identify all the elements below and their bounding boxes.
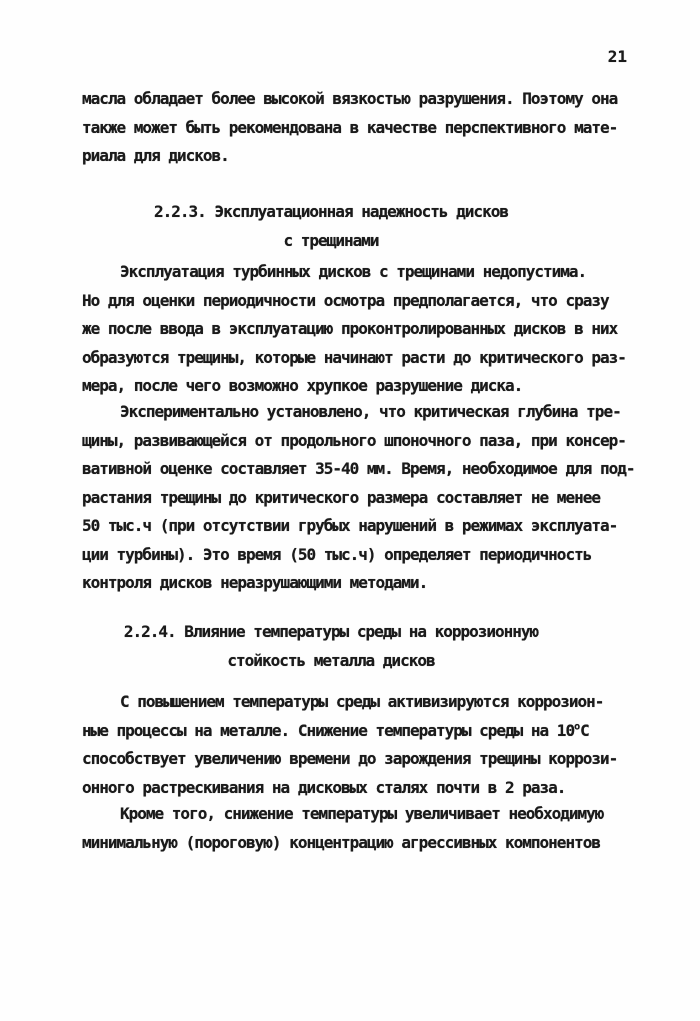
section-heading: 2.2.4. Влияние температуры среды на корр… (82, 618, 628, 675)
text-line: вативной оценке составляет 35-40 мм. Вре… (82, 455, 628, 484)
text-line: щины, развивающейся от продольного шпоно… (82, 427, 628, 456)
text-line: 2.2.4. Влияние температуры среды на корр… (82, 618, 628, 647)
text-line: масла обладает более высокой вязкостью р… (82, 85, 628, 114)
paragraph: С повышением температуры среды активизир… (82, 688, 628, 802)
text-line: Экспериментально установлено, что критич… (82, 398, 628, 427)
text-line: ные процессы на металле. Снижение темпер… (82, 717, 628, 746)
text-line: 2.2.3. Эксплуатационная надежность диско… (82, 198, 628, 227)
text-line: Кроме того, снижение температуры увеличи… (82, 800, 628, 829)
text-line: способствует увеличению времени до зарож… (82, 745, 628, 774)
section-heading: 2.2.3. Эксплуатационная надежность диско… (82, 198, 628, 255)
text-line: с трещинами (82, 227, 628, 256)
text-line: мера, после чего возможно хрупкое разруш… (82, 372, 628, 401)
text-line: 50 тыс.ч (при отсутствии грубых нарушени… (82, 512, 628, 541)
scanned-page: 21 масла обладает более высокой вязкость… (0, 0, 700, 1021)
text-line: ции турбины). Это время (50 тыс.ч) опред… (82, 541, 628, 570)
text-line: Эксплуатация турбинных дисков с трещинам… (82, 258, 628, 287)
text-line: С повышением температуры среды активизир… (82, 688, 628, 717)
text-line: растания трещины до критического размера… (82, 484, 628, 513)
text-segment: ные процессы на металле. Снижение темпер… (82, 721, 574, 740)
text-line: риала для дисков. (82, 142, 628, 171)
text-line: онного растрескивания на дисковых сталях… (82, 774, 628, 803)
text-line: же после ввода в эксплуатацию проконтрол… (82, 315, 628, 344)
text-line: также может быть рекомендована в качеств… (82, 114, 628, 143)
text-line: Но для оценки периодичности осмотра пред… (82, 287, 628, 316)
paragraph: масла обладает более высокой вязкостью р… (82, 85, 628, 171)
page-number: 21 (608, 47, 627, 66)
text-line: контроля дисков неразрушающими методами. (82, 569, 628, 598)
paragraph: Экспериментально установлено, что критич… (82, 398, 628, 598)
text-line: минимальную (пороговую) концентрацию агр… (82, 829, 628, 858)
paragraph: Эксплуатация турбинных дисков с трещинам… (82, 258, 628, 401)
text-segment: С (580, 721, 589, 740)
text-line: образуются трещины, которые начинают рас… (82, 344, 628, 373)
paragraph: Кроме того, снижение температуры увеличи… (82, 800, 628, 857)
text-line: стойкость металла дисков (82, 647, 628, 676)
